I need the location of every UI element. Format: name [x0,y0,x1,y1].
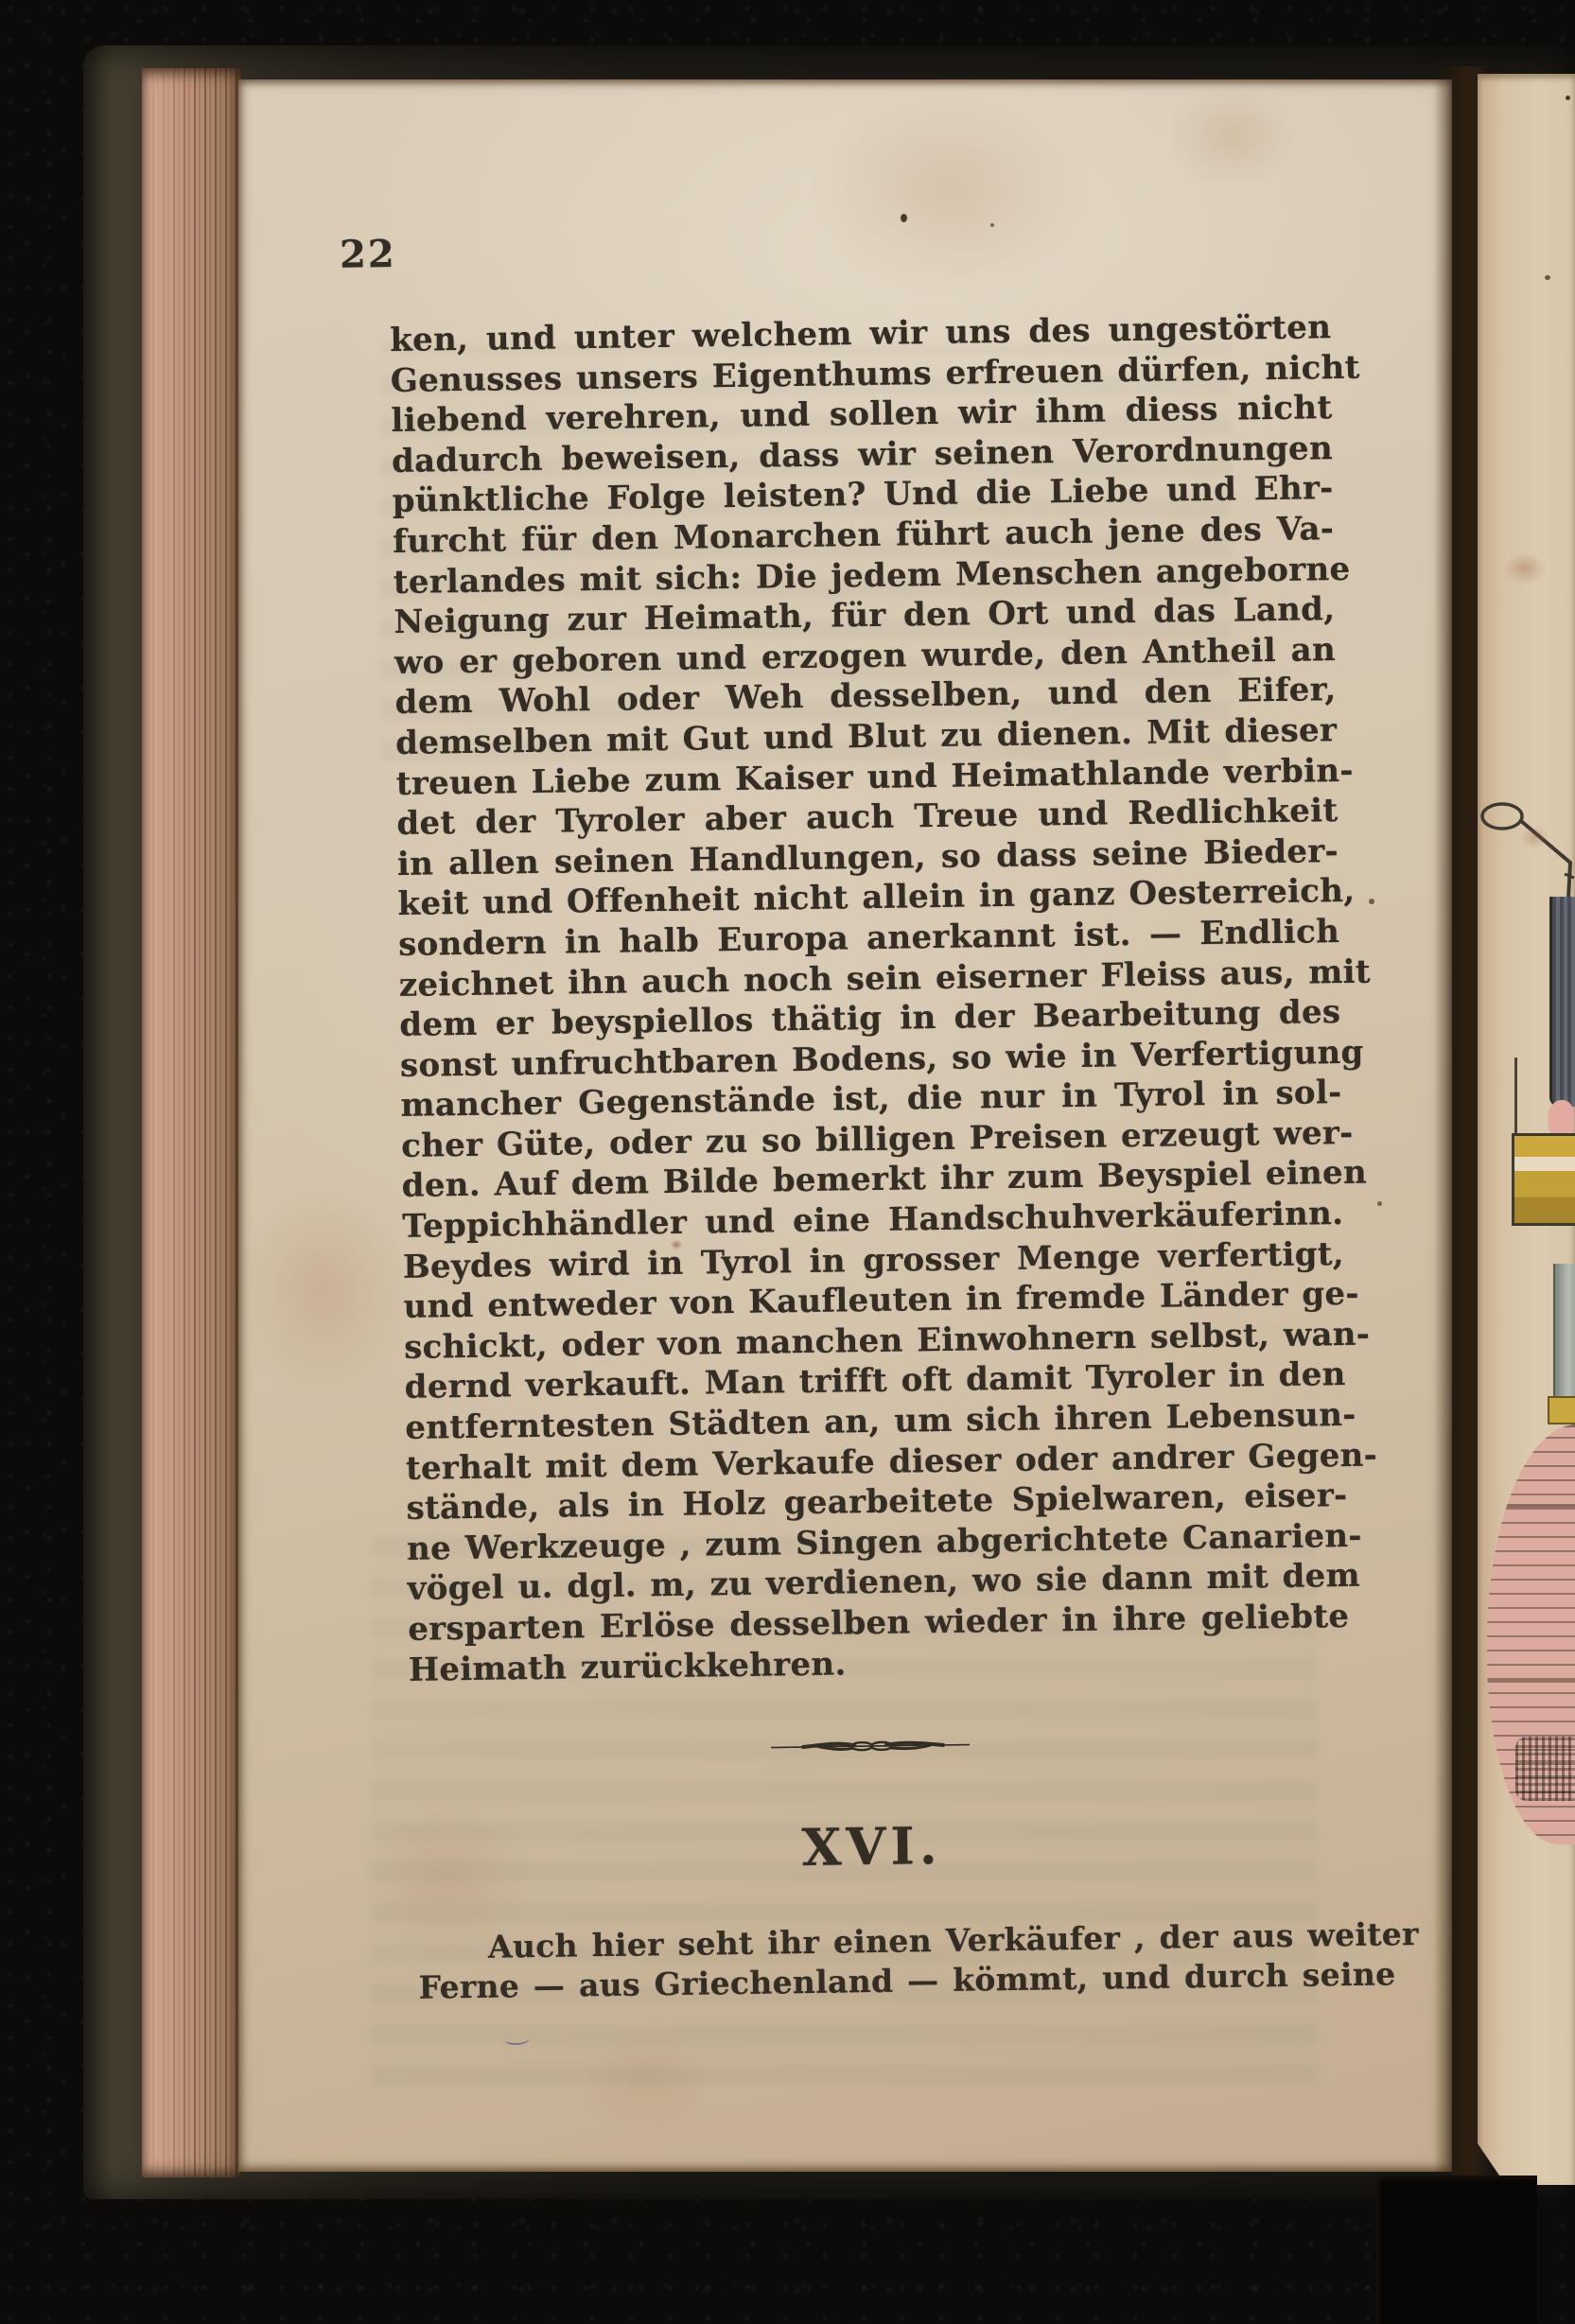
ink-speck [1545,275,1550,280]
yellow-band-illustration [1548,1396,1575,1424]
stick-illustration [1514,1057,1517,1138]
left-page: 22 ken, und unter welchem wir uns des un… [238,79,1452,2172]
ink-speck [1369,899,1374,904]
right-page-sliver [1478,74,1575,2185]
rod-with-loop-illustration [1478,74,1575,972]
ink-speck [901,214,907,222]
ink-speck [1377,1201,1382,1206]
book-scan: 22 ken, und unter welchem wir uns des un… [0,0,1575,2324]
page-number: 22 [340,232,396,277]
rug-woven-patch [1515,1737,1575,1801]
section-heading: XVI. [768,1815,975,1878]
section-divider-ornament [767,1737,973,1756]
grey-post-illustration [1553,1264,1575,1401]
wooden-bench-illustration [1512,1133,1575,1226]
paper-stain [749,42,1146,344]
paper-stain [1137,61,1326,212]
page-stack-fore-edge [142,68,242,2177]
garment-edge-illustration [1549,897,1575,1107]
body-paragraph: ken, und unter welchem wir uns des unges… [390,307,1350,1690]
ink-speck [990,223,994,227]
ink-speck [1566,96,1570,100]
printed-text-layer: 22 ken, und unter welchem wir uns des un… [390,307,1356,2137]
binding-gap-shadow [1376,2175,1537,2324]
section-opening-paragraph: Auch hier seht ihr einen Verkäufer , der… [418,1915,1357,2008]
